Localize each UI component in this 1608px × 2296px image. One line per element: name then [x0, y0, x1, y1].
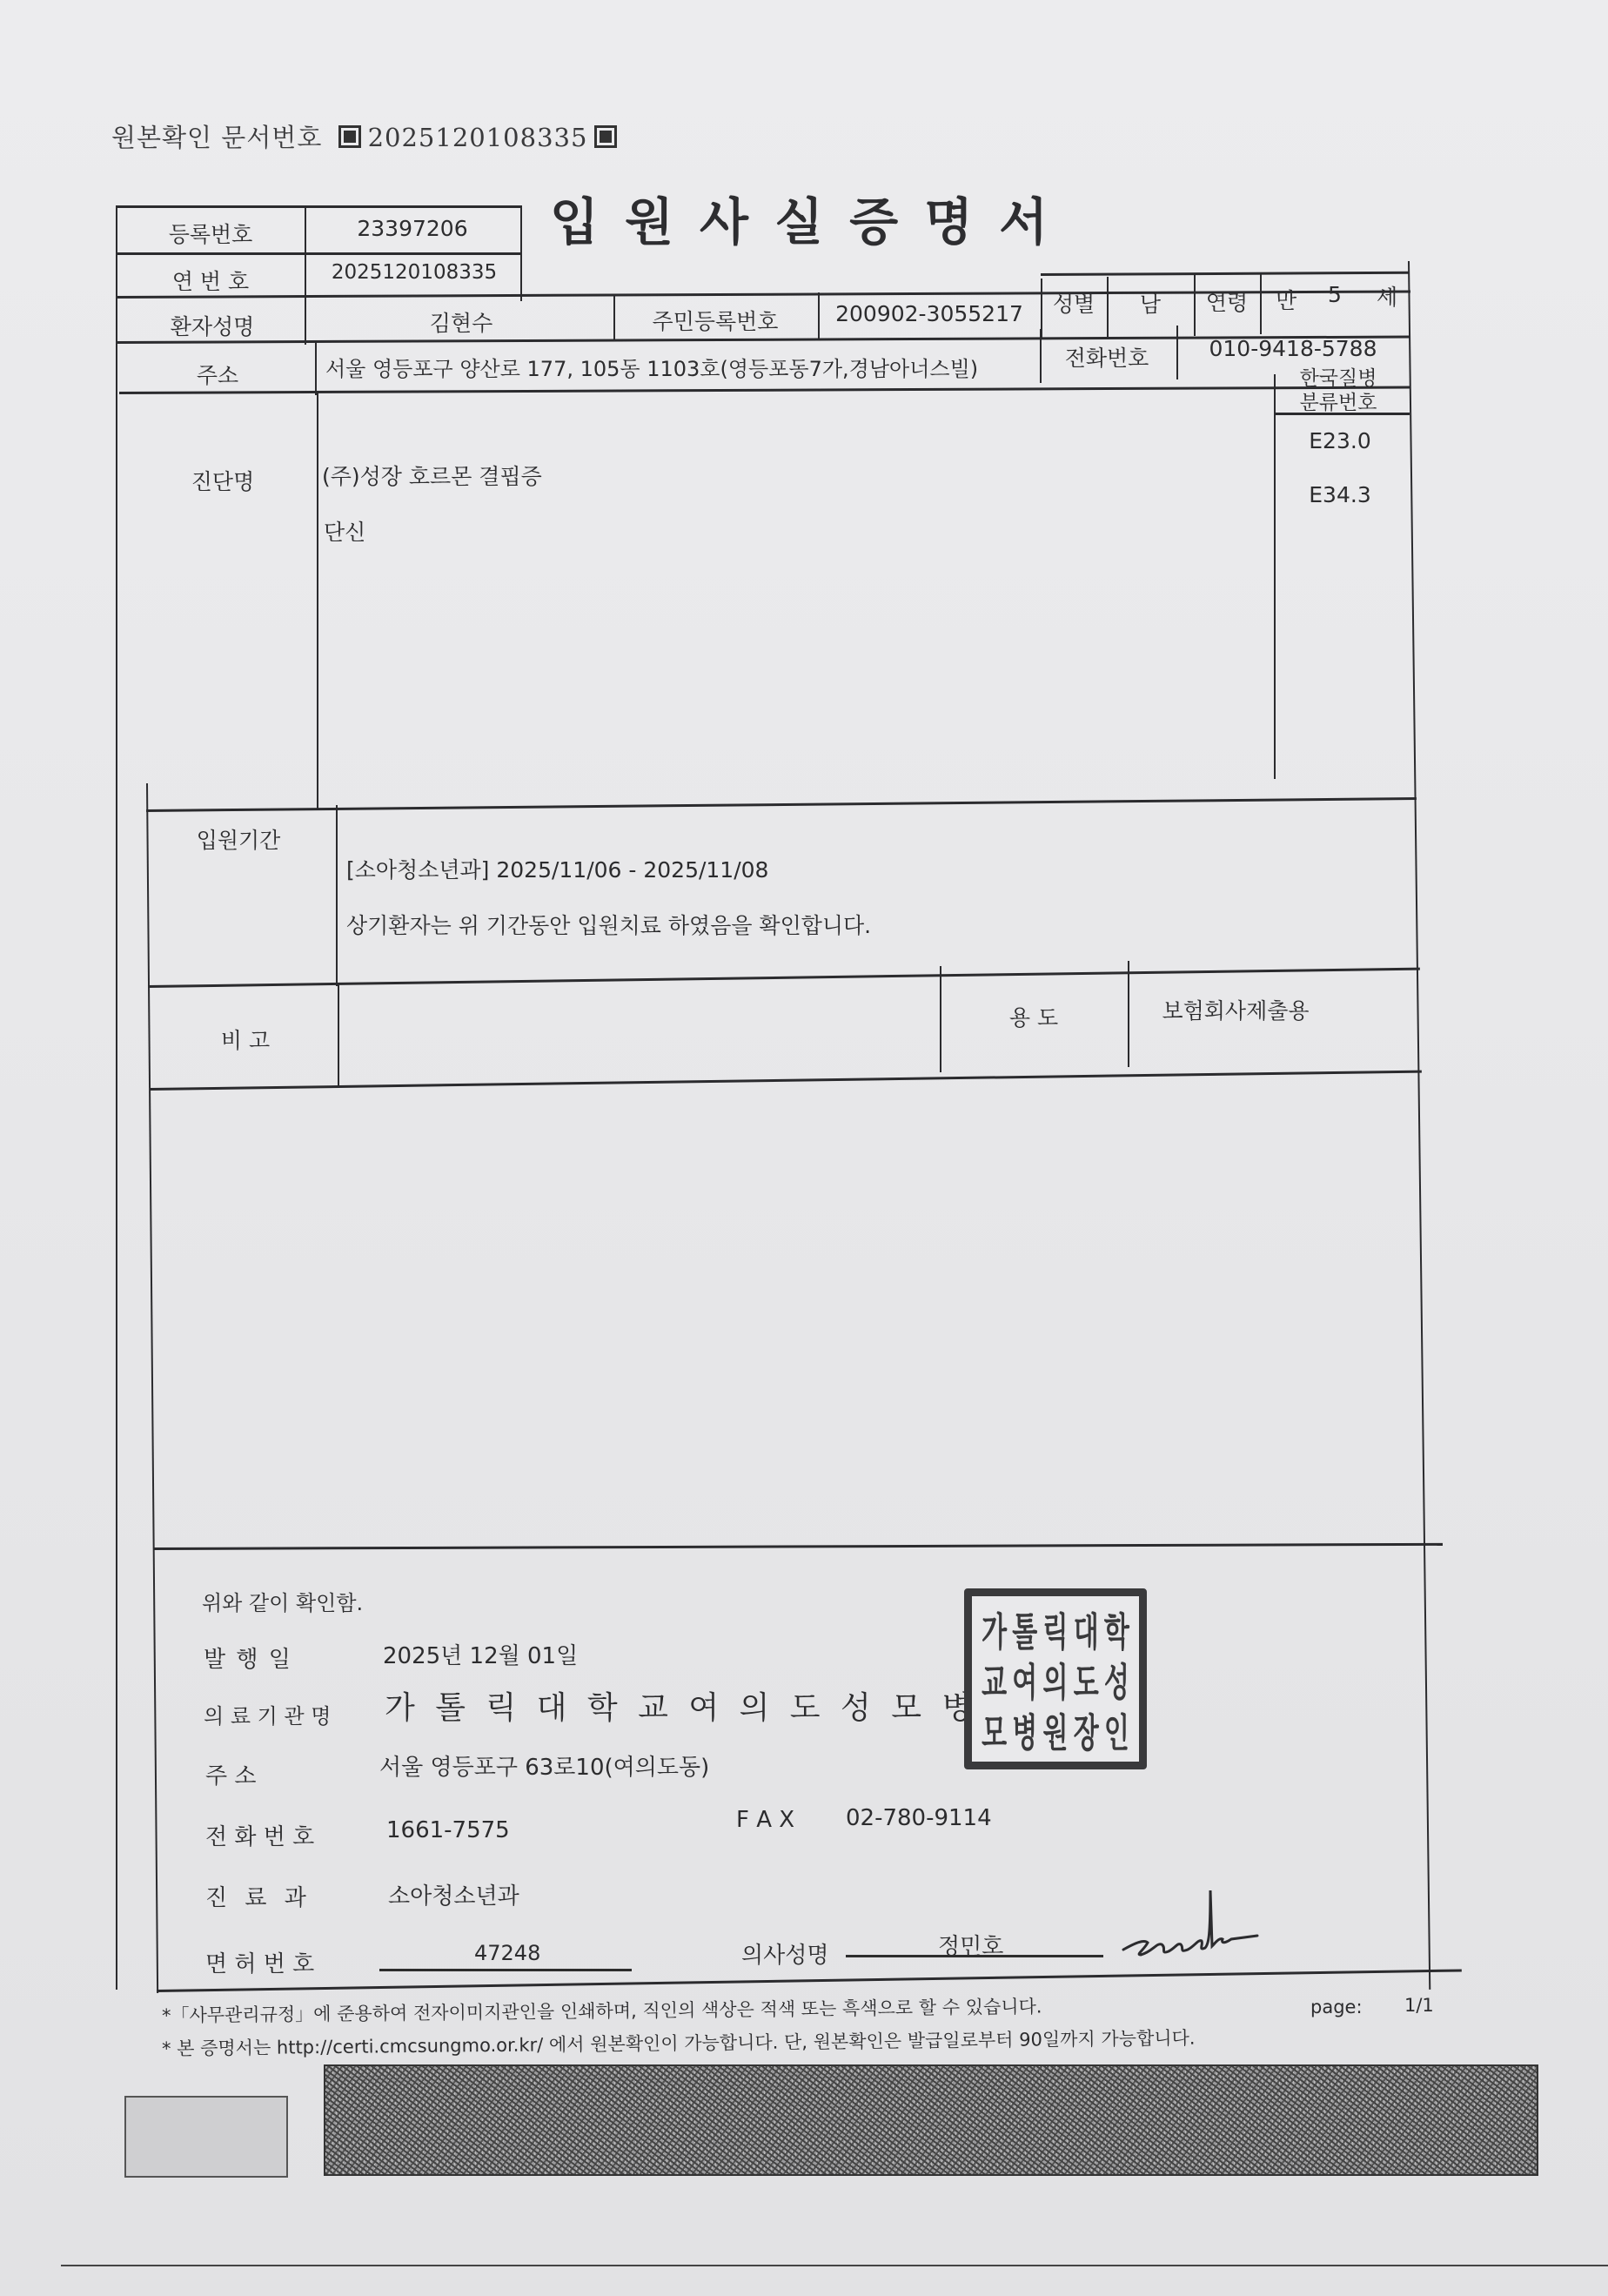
table-border	[146, 783, 158, 1993]
issuer-phone-label: 전 화 번 호	[205, 1819, 314, 1851]
admission-period: [소아청소년과] 2025/11/06 - 2025/11/08	[346, 853, 768, 884]
issue-date-label: 발 행 일	[204, 1641, 292, 1674]
issuer-phone-value: 1661-7575	[386, 1817, 510, 1843]
issue-date-value: 2025년 12월 01일	[383, 1638, 578, 1670]
fax-label: F A X	[736, 1807, 794, 1833]
reg-no-value: 23397206	[357, 216, 467, 241]
serial-no-label: 연 번 호	[172, 265, 249, 296]
diagnosis-item-code: E34.3	[1309, 482, 1370, 507]
original-doc-number: 원본확인 문서번호 2025120108335	[111, 118, 624, 154]
seal-char: 모	[979, 1692, 1009, 1768]
doctor-underline	[846, 1955, 1103, 1957]
address-value: 서울 영등포구 양산로 177, 105동 1103호(영등포동7가,경남아너스…	[325, 352, 978, 382]
doc-number-label: 원본확인 문서번호	[111, 123, 322, 152]
purpose-value: 보험회사제출용	[1162, 994, 1309, 1025]
age-value: 5	[1328, 282, 1342, 307]
diagnosis-item-name: (주)성장 호르몬 결핍증	[322, 460, 542, 491]
diagnosis-item-code: E23.0	[1309, 428, 1370, 453]
diagnosis-item-name: 단신	[324, 515, 365, 547]
phone-label: 전화번호	[1065, 341, 1149, 373]
table-border	[1128, 961, 1129, 1067]
table-border	[150, 1071, 1422, 1091]
square-bullet-icon	[594, 125, 617, 148]
table-border	[119, 386, 1410, 394]
seal-char: 장	[1071, 1692, 1102, 1768]
seal-char: 원	[1040, 1692, 1070, 1768]
table-border	[116, 252, 521, 255]
age-suffix: 세	[1377, 280, 1397, 312]
table-border	[1040, 329, 1042, 383]
age-prefix: 만	[1276, 284, 1296, 315]
table-border	[315, 341, 317, 395]
page-label: page:	[1310, 1997, 1363, 2017]
rrn-value: 200902-3055217	[835, 301, 1023, 326]
institution-name: 가 톨 릭 대 학 교 여 의 도 성 모 병 원	[385, 1683, 1028, 1728]
table-border	[116, 205, 521, 208]
age-label: 연령	[1206, 285, 1248, 317]
fax-value: 02-780-9114	[846, 1805, 992, 1831]
license-value: 47248	[474, 1941, 540, 1965]
address-label: 주소	[197, 359, 238, 390]
document-page: 원본확인 문서번호 2025120108335 입원사실증명서 등록번호 233…	[0, 0, 1608, 2296]
serial-no-value: 2025120108335	[332, 261, 497, 284]
table-border	[1107, 277, 1109, 338]
license-underline	[379, 1969, 632, 1971]
table-border	[1194, 275, 1196, 336]
table-border	[818, 292, 820, 339]
admission-confirmation: 상기환자는 위 기간동안 입원치료 하였음을 확인합니다.	[346, 909, 871, 940]
anti-forgery-barcode-pattern	[324, 2064, 1538, 2176]
institution-label: 의 료 기 관 명	[204, 1699, 331, 1729]
table-border	[305, 205, 306, 345]
footer-note-verification: * 본 증명서는 http://certi.cmcsungmo.or.kr/ 에…	[162, 2024, 1196, 2061]
table-border	[336, 805, 338, 986]
footer-note-seal: *「사무관리규정」에 준용하여 전자이미지관인을 인쇄하며, 직인의 색상은 적…	[162, 1992, 1042, 2028]
doctor-label: 의사성명	[741, 1937, 828, 1970]
doctor-signature	[1118, 1882, 1266, 1981]
reg-no-label: 등록번호	[169, 218, 253, 249]
patient-name-label: 환자성명	[171, 310, 255, 341]
patient-name-value: 김현수	[430, 306, 492, 338]
seal-char: 인	[1102, 1692, 1132, 1768]
anti-copy-watermark-box	[124, 2096, 288, 2178]
page-edge-line	[61, 2265, 1608, 2266]
issuer-address-value: 서울 영등포구 63로10(여의도동)	[379, 1749, 709, 1782]
table-border	[317, 392, 318, 809]
table-border	[1260, 273, 1262, 334]
table-border	[613, 294, 615, 341]
document-title: 입원사실증명서	[550, 181, 1074, 254]
official-seal-stamp: 가 톨 릭 대 학 교 여 의 도 성 모 병 원 장 인	[964, 1588, 1147, 1769]
phone-value: 010-9418-5788	[1209, 336, 1377, 361]
diagnosis-label: 진단명	[191, 465, 254, 496]
table-border	[520, 205, 522, 301]
sex-label: 성별	[1053, 287, 1095, 319]
remarks-label: 비 고	[221, 1024, 270, 1055]
table-border	[1176, 326, 1178, 379]
rrn-label: 주민등록번호	[653, 305, 779, 336]
seal-char: 병	[1009, 1692, 1040, 1768]
table-border	[1041, 272, 1410, 276]
doc-number-value: 2025120108335	[368, 123, 588, 152]
table-border	[940, 966, 941, 1072]
square-bullet-icon	[338, 125, 361, 148]
department-label: 진 료 과	[205, 1880, 312, 1912]
sex-value: 남	[1140, 287, 1161, 319]
issuer-address-label: 주 소	[205, 1758, 257, 1790]
purpose-label: 용 도	[1009, 1001, 1058, 1032]
table-border	[153, 1543, 1443, 1550]
admission-label: 입원기간	[197, 823, 281, 855]
confirm-text: 위와 같이 확인함.	[202, 1586, 363, 1616]
table-border	[1408, 261, 1430, 1990]
table-border	[1274, 374, 1276, 779]
kcd-header-line2: 분류번호	[1300, 386, 1377, 415]
table-border	[338, 984, 339, 1088]
page-number: 1/1	[1404, 1995, 1434, 2016]
table-border	[116, 205, 117, 1990]
license-label: 면 허 번 호	[205, 1946, 314, 1978]
department-value: 소아청소년과	[388, 1878, 519, 1910]
